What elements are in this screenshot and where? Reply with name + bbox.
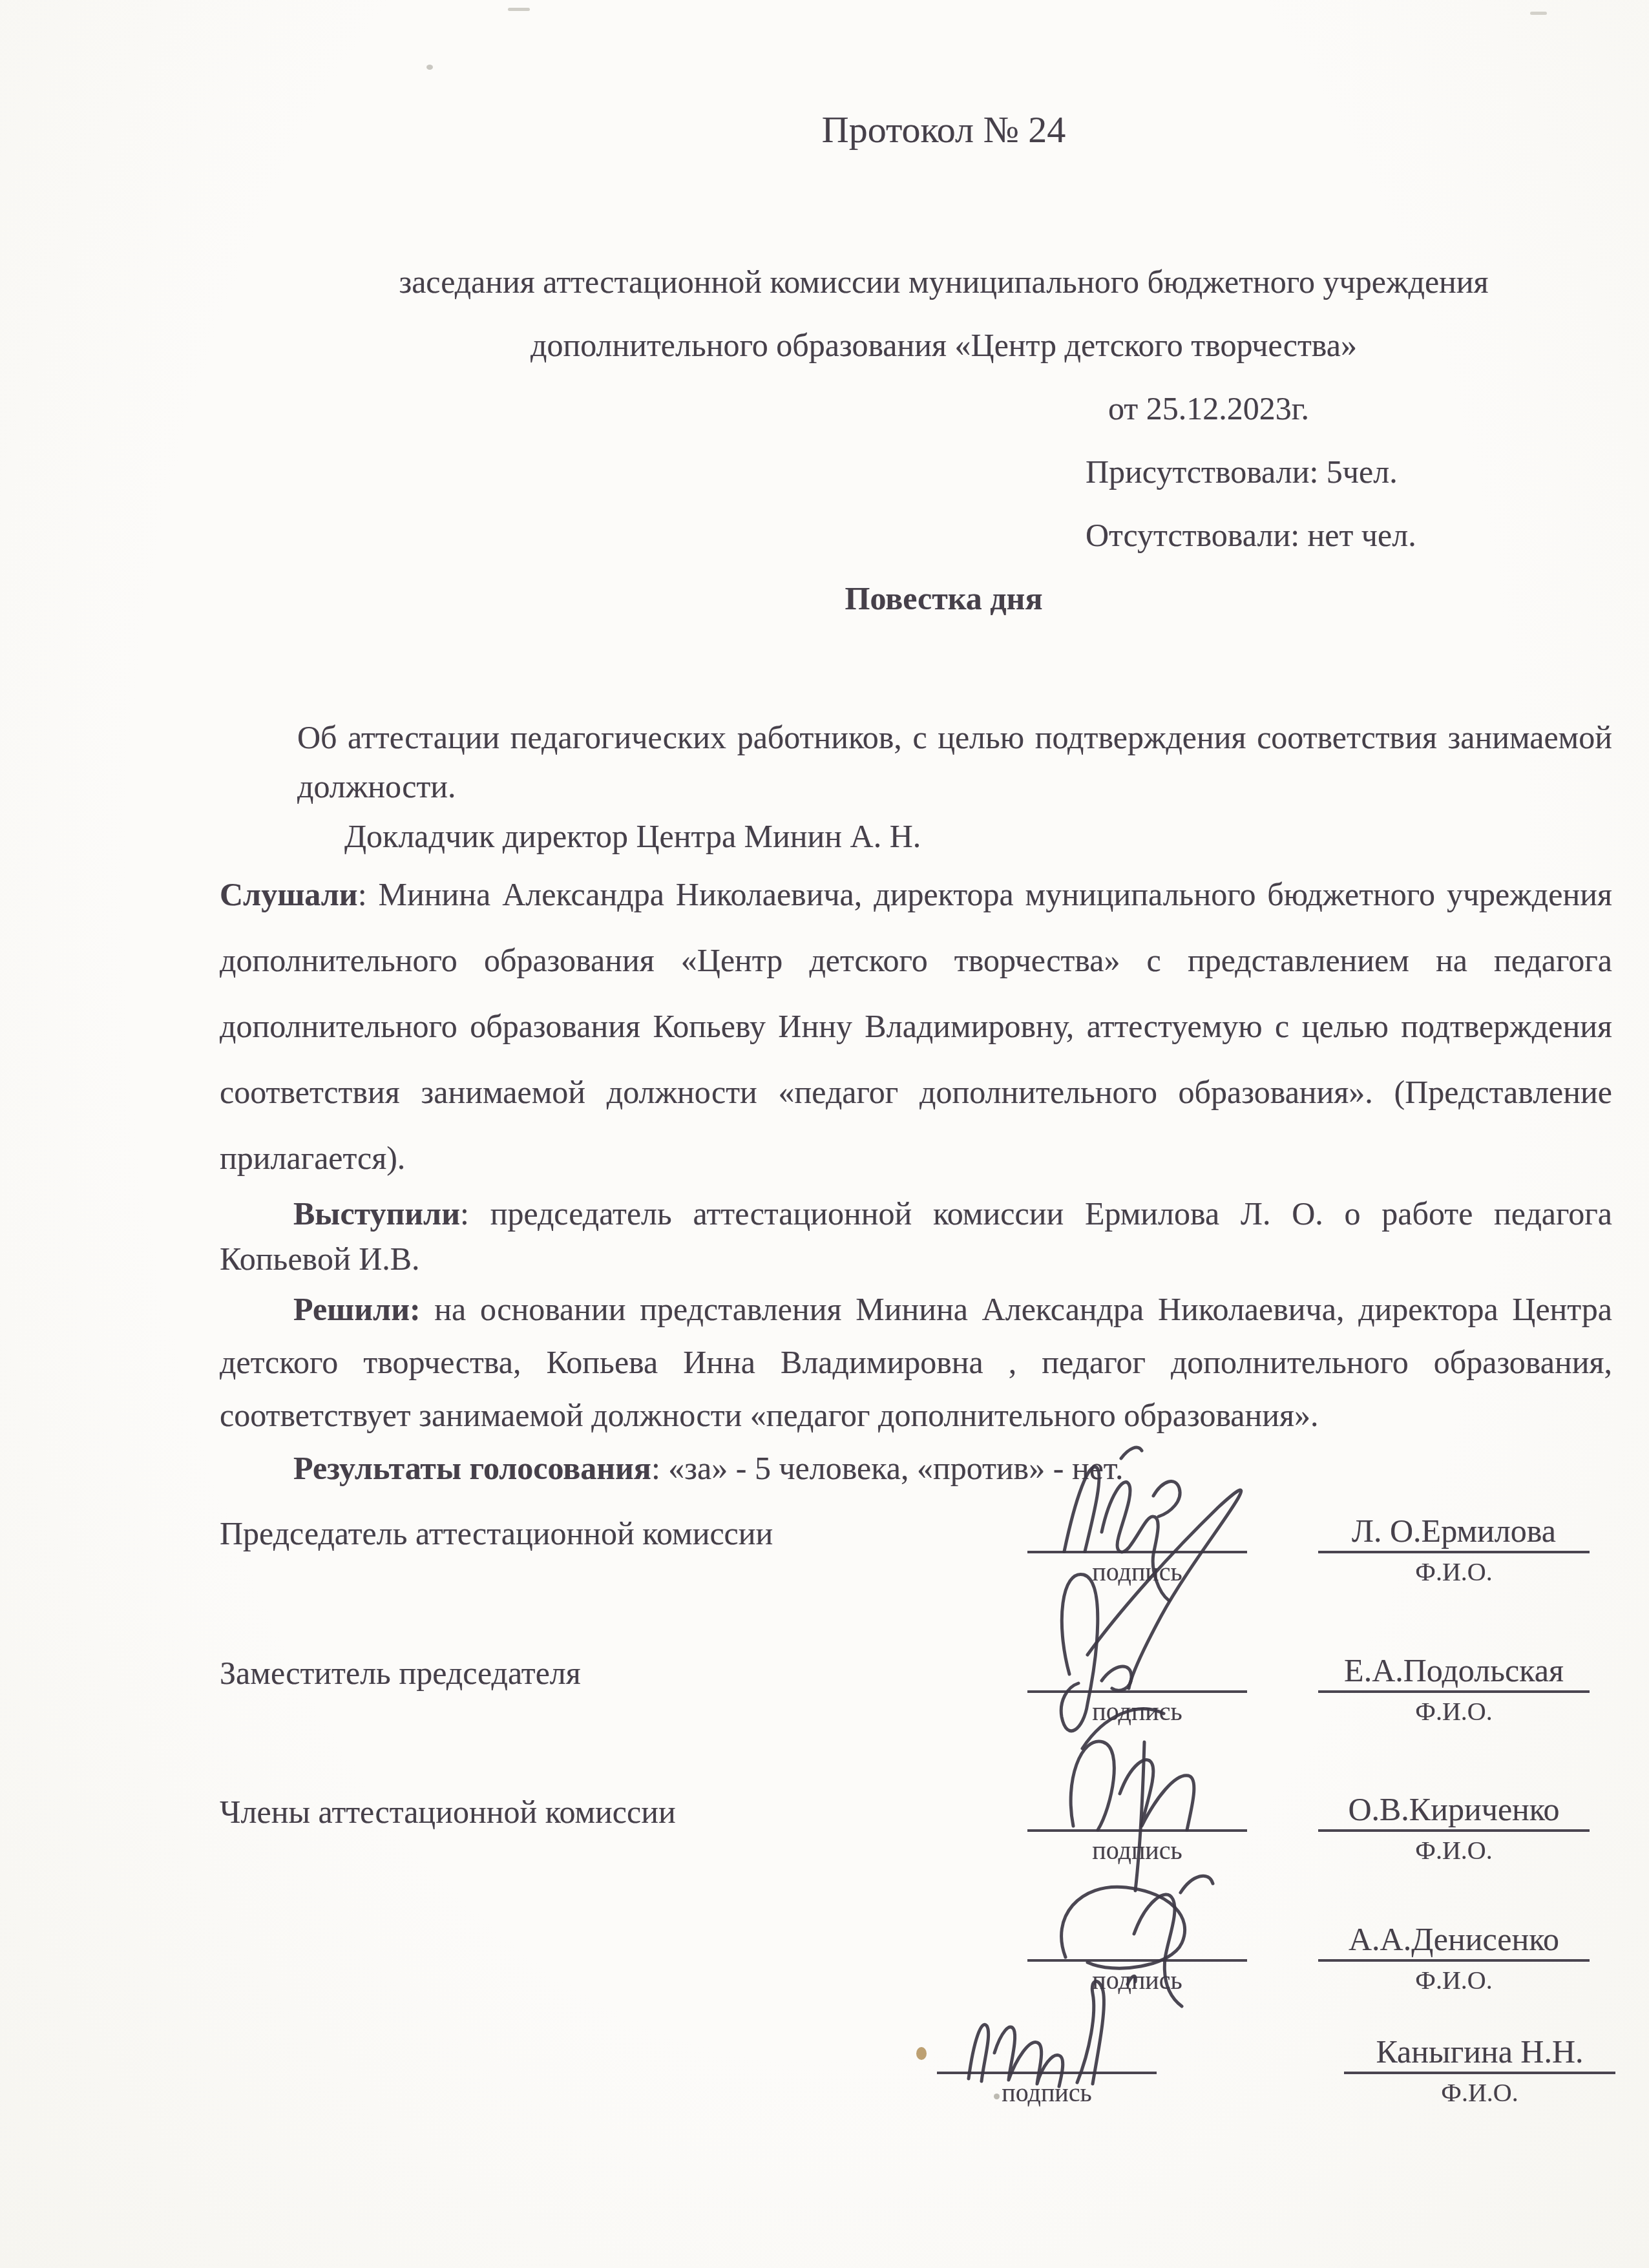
signature-row-member-2: подпись А.А.Денисенко Ф.И.О. — [220, 1919, 1612, 1999]
absent-count: Отсутствовали: нет чел. — [220, 515, 1612, 555]
name-cell: Каныгина Н.Н. Ф.И.О. — [1325, 2032, 1635, 2112]
name-caption: Ф.И.О. — [1299, 1553, 1609, 1591]
signature-kanygina-icon — [934, 1958, 1166, 2101]
votes-label: Результаты голосования — [293, 1450, 651, 1486]
listened-paragraph: Слушали: Минина Александра Николаевича, … — [220, 861, 1612, 1191]
document-title: Протокол № 24 — [220, 107, 1612, 153]
signature-role — [220, 2074, 1008, 2112]
name-cell: Л. О.Ермилова Ф.И.О. — [1299, 1511, 1609, 1591]
name-caption: Ф.И.О. — [1299, 1693, 1609, 1730]
name-caption: Ф.И.О. — [1299, 1962, 1609, 1999]
header-right-block: от 25.12.2023г. Присутствовали: 5чел. От… — [220, 388, 1612, 555]
spoke-label: Выступили — [293, 1195, 460, 1232]
name-caption: Ф.И.О. — [1325, 2074, 1635, 2112]
name-cell: Е.А.Подольская Ф.И.О. — [1299, 1650, 1609, 1730]
scan-speck — [916, 2047, 927, 2060]
signature-role: Заместитель председателя — [220, 1653, 1008, 1730]
signer-name: А.А.Денисенко — [1318, 1919, 1590, 1962]
agenda-heading: Повестка дня — [220, 578, 1612, 618]
signer-name: Каныгина Н.Н. — [1344, 2032, 1615, 2074]
signature-row-deputy: Заместитель председателя подпись Е.А.Под… — [220, 1650, 1612, 1730]
speaker-line: Докладчик директор Центра Минин А. Н. — [220, 816, 1612, 856]
signer-name: Л. О.Ермилова — [1318, 1511, 1590, 1553]
spoke-paragraph: Выступили: председатель аттестационной к… — [220, 1191, 1612, 1281]
listened-text: : Минина Александра Николаевича, директо… — [220, 876, 1612, 1176]
signature-row-member-1: Члены аттестационной комиссии подпись О.… — [220, 1789, 1612, 1869]
signature-role: Члены аттестационной комиссии — [220, 1792, 1008, 1869]
signature-row-chairman: Председатель аттестационной комиссии под… — [220, 1511, 1612, 1591]
signer-name: Е.А.Подольская — [1318, 1650, 1590, 1693]
decided-paragraph: Решили: на основании представления Минин… — [220, 1283, 1612, 1442]
name-caption: Ф.И.О. — [1299, 1832, 1609, 1869]
signature-line — [937, 2072, 1157, 2074]
scan-speck — [1530, 12, 1547, 15]
decided-label: Решили: — [293, 1291, 421, 1327]
scan-speck — [508, 8, 530, 11]
present-count: Присутствовали: 5чел. — [220, 452, 1612, 492]
scanned-protocol-page: Протокол № 24 заседания аттестационной к… — [0, 0, 1649, 2268]
protocol-date: от 25.12.2023г. — [220, 388, 1612, 428]
agenda-paragraph: Об аттестации педагогических работников,… — [297, 713, 1612, 811]
document-header: заседания аттестационной комиссии муници… — [220, 262, 1612, 618]
decided-text: на основании представления Минина Алекса… — [220, 1291, 1612, 1433]
signature-cell: подпись — [918, 2072, 1176, 2112]
name-cell: О.В.Кириченко Ф.И.О. — [1299, 1789, 1609, 1869]
listened-label: Слушали — [220, 876, 358, 912]
signatures-section: Председатель аттестационной комиссии под… — [220, 1511, 1612, 2112]
votes-paragraph: Результаты голосования: «за» - 5 человек… — [220, 1442, 1612, 1495]
scan-speck — [426, 65, 433, 70]
signature-role: Председатель аттестационной комиссии — [220, 1513, 1008, 1591]
signature-role — [220, 1962, 1008, 1999]
signature-row-member-3: подпись Каныгина Н.Н. Ф.И.О. — [220, 2032, 1612, 2112]
header-line-1: заседания аттестационной комиссии муници… — [220, 262, 1612, 302]
header-line-2: дополнительного образования «Центр детск… — [220, 325, 1612, 365]
signer-name: О.В.Кириченко — [1318, 1789, 1590, 1832]
name-cell: А.А.Денисенко Ф.И.О. — [1299, 1919, 1609, 1999]
